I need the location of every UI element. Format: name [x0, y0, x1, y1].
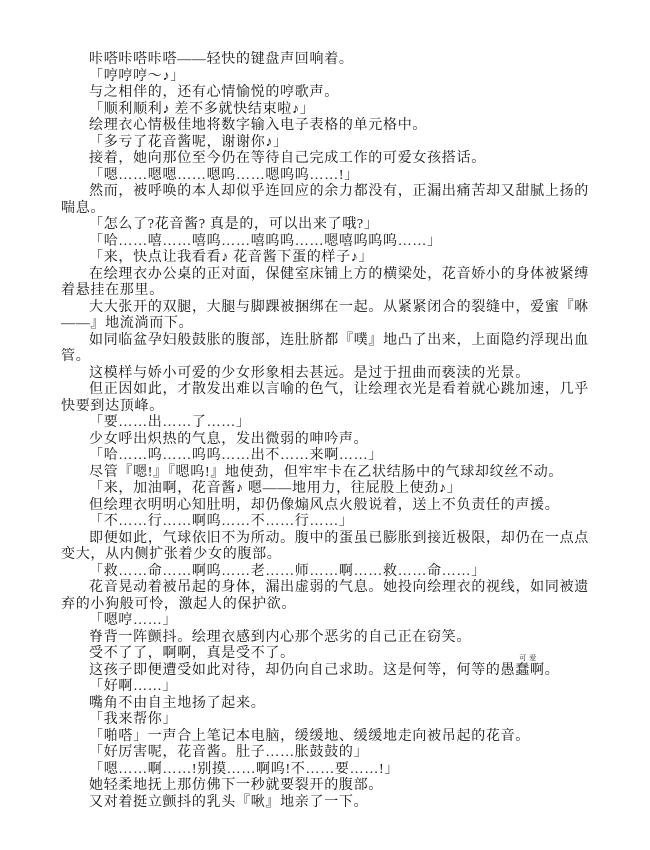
- paragraph: 如同临盆孕妇般鼓胀的腹部，连肚脐都『噗』地凸了出来，上面隐约浮现出血管。: [61, 333, 589, 366]
- paragraph: 「顺利顺利♪ 差不多就快结束啦♪」: [61, 102, 589, 119]
- paragraph: 少女呼出炽热的气息，发出微弱的呻吟声。: [61, 432, 589, 449]
- paragraph: 「嗯……啊……!别摸……啊呜!不……要……!」: [61, 762, 589, 779]
- paragraph: 嘴角不由自主地扬了起来。: [61, 696, 589, 713]
- paragraph: 「多亏了花音酱呢，谢谢你♪」: [61, 135, 589, 152]
- paragraph: 脊背一阵颤抖。绘理衣感到内心那个恶劣的自己正在窃笑。: [61, 630, 589, 647]
- paragraph: 花音晃动着被吊起的身体，漏出虚弱的气息。她投向绘理衣的视线，如同被遗弃的小狗般可…: [61, 580, 589, 613]
- paragraph: 「不……行……啊呜……不……行……」: [61, 514, 589, 531]
- ruby-text: 可爱: [491, 655, 539, 662]
- paragraph: 接着，她向那位至今仍在等待自己完成工作的可爱女孩搭话。: [61, 151, 589, 168]
- paragraph: 绘理衣心情极佳地将数字输入电子表格的单元格中。: [61, 118, 589, 135]
- novel-page: 咔嗒咔嗒咔嗒——轻快的键盘声回响着。「哼哼哼～♪」与之相伴的，还有心情愉悦的哼歌…: [0, 0, 650, 850]
- paragraph: 「嗯……嗯嗯……嗯呜……嗯呜呜……!」: [61, 168, 589, 185]
- paragraph: 「好厉害呢，花音酱。肚子……胀鼓鼓的」: [61, 745, 589, 762]
- paragraph: 「啪嗒」一声合上笔记本电脑，缓缓地、缓缓地走向被吊起的花音。: [61, 729, 589, 746]
- paragraph: 这孩子即便遭受如此对待，却仍向自己求助。这是何等，何等的愚蠢可爱啊。: [61, 663, 589, 680]
- paragraph: 又对着挺立颤抖的乳头『啾』地亲了一下。: [61, 795, 589, 812]
- paragraph: 「来，加油啊，花音酱♪ 嗯——地用力，往屁股上使劲♪」: [61, 481, 589, 498]
- paragraph: 「哈……嘻……嘻呜……嘻呜呜……嗯嘻呜呜呜……」: [61, 234, 589, 251]
- paragraph: 但正因如此，才散发出难以言喻的色气，让绘理衣光是看着就心跳加速，几乎快要到达顶峰…: [61, 382, 589, 415]
- paragraph: 「怎么了?花音酱? 真是的，可以出来了哦?」: [61, 217, 589, 234]
- paragraph: 但绘理衣明明心知肚明，却仍像煽风点火般说着，送上不负责任的声援。: [61, 498, 589, 515]
- paragraph: 「救……命……啊呜……老……师……啊……救……命……」: [61, 564, 589, 581]
- paragraph: 「哈……呜……呜呜……出不……来啊……」: [61, 448, 589, 465]
- paragraph: 尽管『嗯!』『嗯呜!』地使劲，但牢牢卡在乙状结肠中的气球却纹丝不动。: [61, 465, 589, 482]
- text-column: 咔嗒咔嗒咔嗒——轻快的键盘声回响着。「哼哼哼～♪」与之相伴的，还有心情愉悦的哼歌…: [61, 52, 589, 811]
- paragraph: 与之相伴的，还有心情愉悦的哼歌声。: [61, 85, 589, 102]
- paragraph: 这模样与娇小可爱的少女形象相去甚远。是过于扭曲而亵渎的光景。: [61, 366, 589, 383]
- paragraph: 「我来帮你」: [61, 712, 589, 729]
- paragraph: 「来，快点让我看看♪ 花音酱下蛋的样子♪」: [61, 250, 589, 267]
- paragraph: 「哼哼哼～♪」: [61, 69, 589, 86]
- paragraph: 即便如此，气球依旧不为所动。腹中的蛋虽已膨胀到接近极限，却仍在一点点变大，从内侧…: [61, 531, 589, 564]
- ruby-base: 愚蠢: [501, 663, 530, 678]
- paragraph: 咔嗒咔嗒咔嗒——轻快的键盘声回响着。: [61, 52, 589, 69]
- ruby-annotated-word: 愚蠢可爱: [501, 663, 530, 678]
- paragraph: 然而，被呼唤的本人却似乎连回应的余力都没有，正漏出痛苦却又甜腻上扬的喘息。: [61, 184, 589, 217]
- paragraph: 大大张开的双腿，大腿与脚踝被捆绑在一起。从紧紧闭合的裂缝中，爱蜜『咻——』地流淌…: [61, 300, 589, 333]
- paragraph: 她轻柔地抚上那仿佛下一秒就要裂开的腹部。: [61, 778, 589, 795]
- paragraph: 在绘理衣办公桌的正对面，保健室床铺上方的横梁处，花音娇小的身体被紧缚着悬挂在那里…: [61, 267, 589, 300]
- paragraph: 「嗯哼……」: [61, 613, 589, 630]
- paragraph: 「好啊……」: [61, 679, 589, 696]
- paragraph: 「要……出……了……」: [61, 415, 589, 432]
